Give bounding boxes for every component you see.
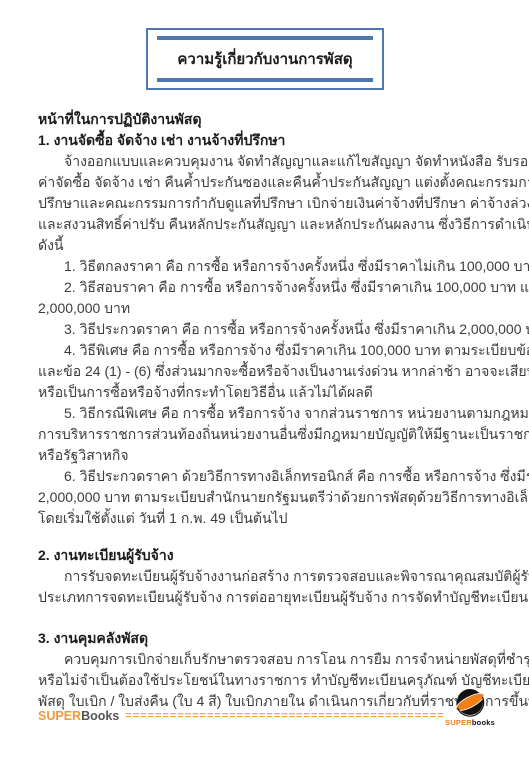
- body-line: 5. วิธีกรณีพิเศษ คือ การซื้อ หรือการจ้าง…: [38, 403, 494, 424]
- body-line: 6. วิธีประกวดราคา ด้วยวิธีการทางอิเล็กทร…: [38, 466, 494, 487]
- footer-brand-left: SUPERBooks: [38, 709, 119, 723]
- body-line: หรือรัฐวิสาหกิจ: [38, 445, 494, 466]
- footer-brand-right: SUPERbooks: [445, 718, 495, 727]
- intro-heading: หน้าที่ในการปฏิบัติงานพัสดุ: [38, 109, 494, 130]
- title-box-rule-bottom: [157, 78, 373, 82]
- superbooks-logo-icon: [453, 688, 487, 718]
- body-line: 2,000,000 บาท ตามระเบียบสำนักนายกรัฐมนตร…: [38, 487, 494, 508]
- footer-brand-right-books: books: [472, 718, 495, 727]
- section-1-heading: 1. งานจัดซื้อ จัดจ้าง เช่า งานจ้างที่ปรึ…: [38, 130, 494, 151]
- body-line: 3. วิธีประกวดราคา คือ การซื้อ หรือการจ้า…: [38, 319, 494, 340]
- body-line: 1. วิธีตกลงราคา คือ การซื้อ หรือการจ้างค…: [38, 256, 494, 277]
- footer-brand-left-super: SUPER: [38, 709, 81, 723]
- page-title: ความรู้เกี่ยวกับงานการพัสดุ: [148, 47, 382, 71]
- footer-separator: ========================================…: [125, 710, 445, 722]
- body-line: ค่าจัดซื้อ จัดจ้าง เช่า คืนค้ำประกันซองแ…: [38, 172, 494, 193]
- footer: SUPERBooks =============================…: [38, 708, 445, 724]
- body-line: ประเภทการจดทะเบียนผู้รับจ้าง การต่ออายุท…: [38, 587, 494, 608]
- publisher-logo: SUPERbooks: [445, 688, 495, 727]
- title-box: ความรู้เกี่ยวกับงานการพัสดุ: [146, 28, 384, 90]
- body-line: ดังนี้: [38, 235, 494, 256]
- section-3-heading: 3. งานคุมคลังพัสดุ: [38, 628, 494, 649]
- footer-brand-left-books: Books: [81, 709, 119, 723]
- body-line: หรือไม่จำเป็นต้องใช้ประโยชน์ในทางราชการ …: [38, 670, 494, 691]
- body-line: และข้อ 24 (1) - (6) ซึ่งส่วนมากจะซื้อหรื…: [38, 361, 494, 382]
- body-line: ปรึกษาและคณะกรรมการกำกับดูแลที่ปรึกษา เบ…: [38, 193, 494, 214]
- footer-brand-right-super: SUPER: [445, 718, 472, 727]
- document-page: ความรู้เกี่ยวกับงานการพัสดุ หน้าที่ในการ…: [0, 0, 529, 771]
- body-line: 2,000,000 บาท: [38, 298, 494, 319]
- body-line: และสงวนสิทธิ์ค่าปรับ คืนหลักประกันสัญญา …: [38, 214, 494, 235]
- body-line: หรือเป็นการซื้อหรือจ้างที่กระทำโดยวิธีอื…: [38, 382, 494, 403]
- body-line: จ้างออกแบบและควบคุมงาน จัดทำสัญญาและแก้ไ…: [38, 151, 494, 172]
- section-2-heading: 2. งานทะเบียนผู้รับจ้าง: [38, 545, 494, 566]
- body-line: โดยเริ่มใช้ตั้งแต่ วันที่ 1 ก.พ. 49 เป็น…: [38, 508, 494, 529]
- document-body: หน้าที่ในการปฏิบัติงานพัสดุ 1. งานจัดซื้…: [38, 109, 494, 712]
- body-line: การบริหารราชการส่วนท้องถิ่นหน่วยงานอื่นซ…: [38, 424, 494, 445]
- title-box-rule-top: [157, 36, 373, 40]
- body-line: 2. วิธีสอบราคา คือ การซื้อ หรือการจ้างคร…: [38, 277, 494, 298]
- body-line: การรับจดทะเบียนผู้รับจ้างงานก่อสร้าง การ…: [38, 566, 494, 587]
- body-line: ควบคุมการเบิกจ่ายเก็บรักษาตรวจสอบ การโอน…: [38, 649, 494, 670]
- body-line: 4. วิธีพิเศษ คือ การซื้อ หรือการจ้าง ซึ่…: [38, 340, 494, 361]
